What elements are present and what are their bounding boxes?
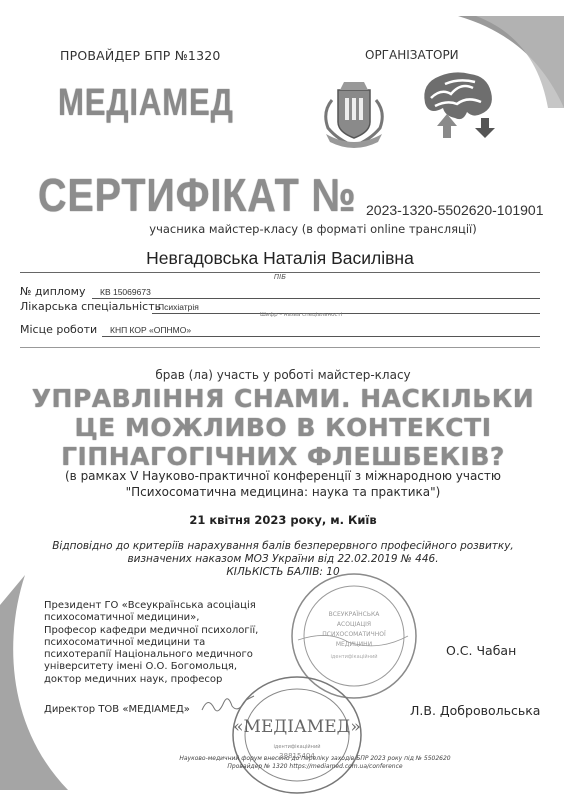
conference-info: (в рамках V Науково-практичної конференц… xyxy=(0,468,566,500)
workplace-label: Місце роботи xyxy=(20,323,97,336)
svg-text:ідентифікаційний: ідентифікаційний xyxy=(331,653,378,660)
criteria-line: визначених наказом МОЗ України від 22.02… xyxy=(0,553,566,566)
credential-line: Президент ГО «Всеукраїнська асоціація xyxy=(44,600,258,612)
provider-label: ПРОВАЙДЕР БПР №1320 xyxy=(60,48,221,63)
credential-line: психосоматичної медицини», xyxy=(44,612,258,624)
diploma-field: № диплому КВ 15069673 xyxy=(20,283,540,299)
brain-arrows-icon xyxy=(415,68,503,140)
credential-line: університету імені О.О. Богомольця, xyxy=(44,661,258,673)
workplace-value: КНП КОР «ОПНМО» xyxy=(110,325,191,335)
conference-line: (в рамках V Науково-практичної конференц… xyxy=(0,468,566,484)
president-credentials: Президент ГО «Всеукраїнська асоціація пс… xyxy=(44,600,258,686)
masterclass-title-line: ЦЕ МОЖЛИВО В КОНТЕКСТІ xyxy=(0,413,566,442)
certificate-title: СЕРТИФІКАТ № xyxy=(38,168,356,222)
criteria-text: Відповідно до критеріїв нарахування балі… xyxy=(0,540,566,579)
participant-name: Невгадовська Наталія Василівна xyxy=(20,248,540,269)
masterclass-title-line: ГІПНАГОГІЧНИХ ФЛЕШБЕКІВ? xyxy=(0,442,566,471)
name-caption: ПІБ xyxy=(20,273,540,281)
credential-line: Професор кафедри медичної психології, xyxy=(44,625,258,637)
organizers-label: ОРГАНІЗАТОРИ xyxy=(365,48,459,62)
diploma-label: № диплому xyxy=(20,285,85,298)
svg-text:АСОЦІАЦІЯ: АСОЦІАЦІЯ xyxy=(337,621,371,628)
specialty-underline xyxy=(152,313,540,314)
svg-text:ідентифікаційний: ідентифікаційний xyxy=(274,743,321,750)
criteria-line: Відповідно до критеріїв нарахування балі… xyxy=(0,540,566,553)
masterclass-title: УПРАВЛІННЯ СНАМИ. НАСКІЛЬКИ ЦЕ МОЖЛИВО В… xyxy=(0,384,566,471)
footer-line: Провайдер № 1320 https://mediamed.com.ua… xyxy=(110,763,520,771)
svg-text:МЕДИЦИНИ: МЕДИЦИНИ xyxy=(336,641,372,648)
masterclass-title-line: УПРАВЛІННЯ СНАМИ. НАСКІЛЬКИ xyxy=(0,384,566,413)
workplace-underline xyxy=(102,336,540,337)
president-name: О.С. Чабан xyxy=(446,643,516,658)
footer-line: Науково-медичний форум внесено до перелі… xyxy=(110,755,520,763)
specialty-caption: Шифр – назва спеціальності xyxy=(260,312,342,318)
workplace-field: Місце роботи КНП КОР «ОПНМО» xyxy=(20,321,540,337)
svg-text:ВСЕУКРАЇНСЬКА: ВСЕУКРАЇНСЬКА xyxy=(329,611,381,618)
footer-note: Науково-медичний форум внесено до перелі… xyxy=(0,755,520,771)
participation-intro: брав (ла) участь у роботі майстер-класу xyxy=(0,368,566,382)
director-title: Директор ТОВ «МЕДІАМЕД» xyxy=(44,704,190,715)
certificate-number: 2023-1320-5502620-101901 xyxy=(366,202,544,218)
university-crest-icon xyxy=(318,70,390,152)
certificate-subtitle: учасника майстер-класу (в форматі online… xyxy=(0,222,566,236)
svg-text:ПСИХОСОМАТИЧНОЇ: ПСИХОСОМАТИЧНОЇ xyxy=(322,631,386,638)
event-date-place: 21 квітня 2023 року, м. Київ xyxy=(0,513,566,527)
signature xyxy=(198,692,258,718)
svg-text:«МЕДІАМЕД»: «МЕДІАМЕД» xyxy=(233,717,361,737)
director-name: Л.В. Добровольська xyxy=(410,703,540,718)
credential-line: психотерапії Національного медичного xyxy=(44,649,258,661)
mediamed-stamp: «МЕДІАМЕД» ідентифікаційний 38815404 xyxy=(228,672,366,798)
points-count: КІЛЬКІСТЬ БАЛІВ: 10 xyxy=(0,566,566,579)
brand-logo: МЕДІАМЕД xyxy=(58,82,234,125)
credential-line: доктор медичних наук, професор xyxy=(44,674,258,686)
conference-line: "Психосоматична медицина: наука та практ… xyxy=(0,484,566,500)
specialty-value: Психіатрія xyxy=(158,302,199,312)
divider xyxy=(20,347,540,348)
specialty-label: Лікарська спеціальність xyxy=(20,300,161,313)
diploma-value: КВ 15069673 xyxy=(100,287,151,297)
credential-line: психосоматичної медицини та xyxy=(44,637,258,649)
